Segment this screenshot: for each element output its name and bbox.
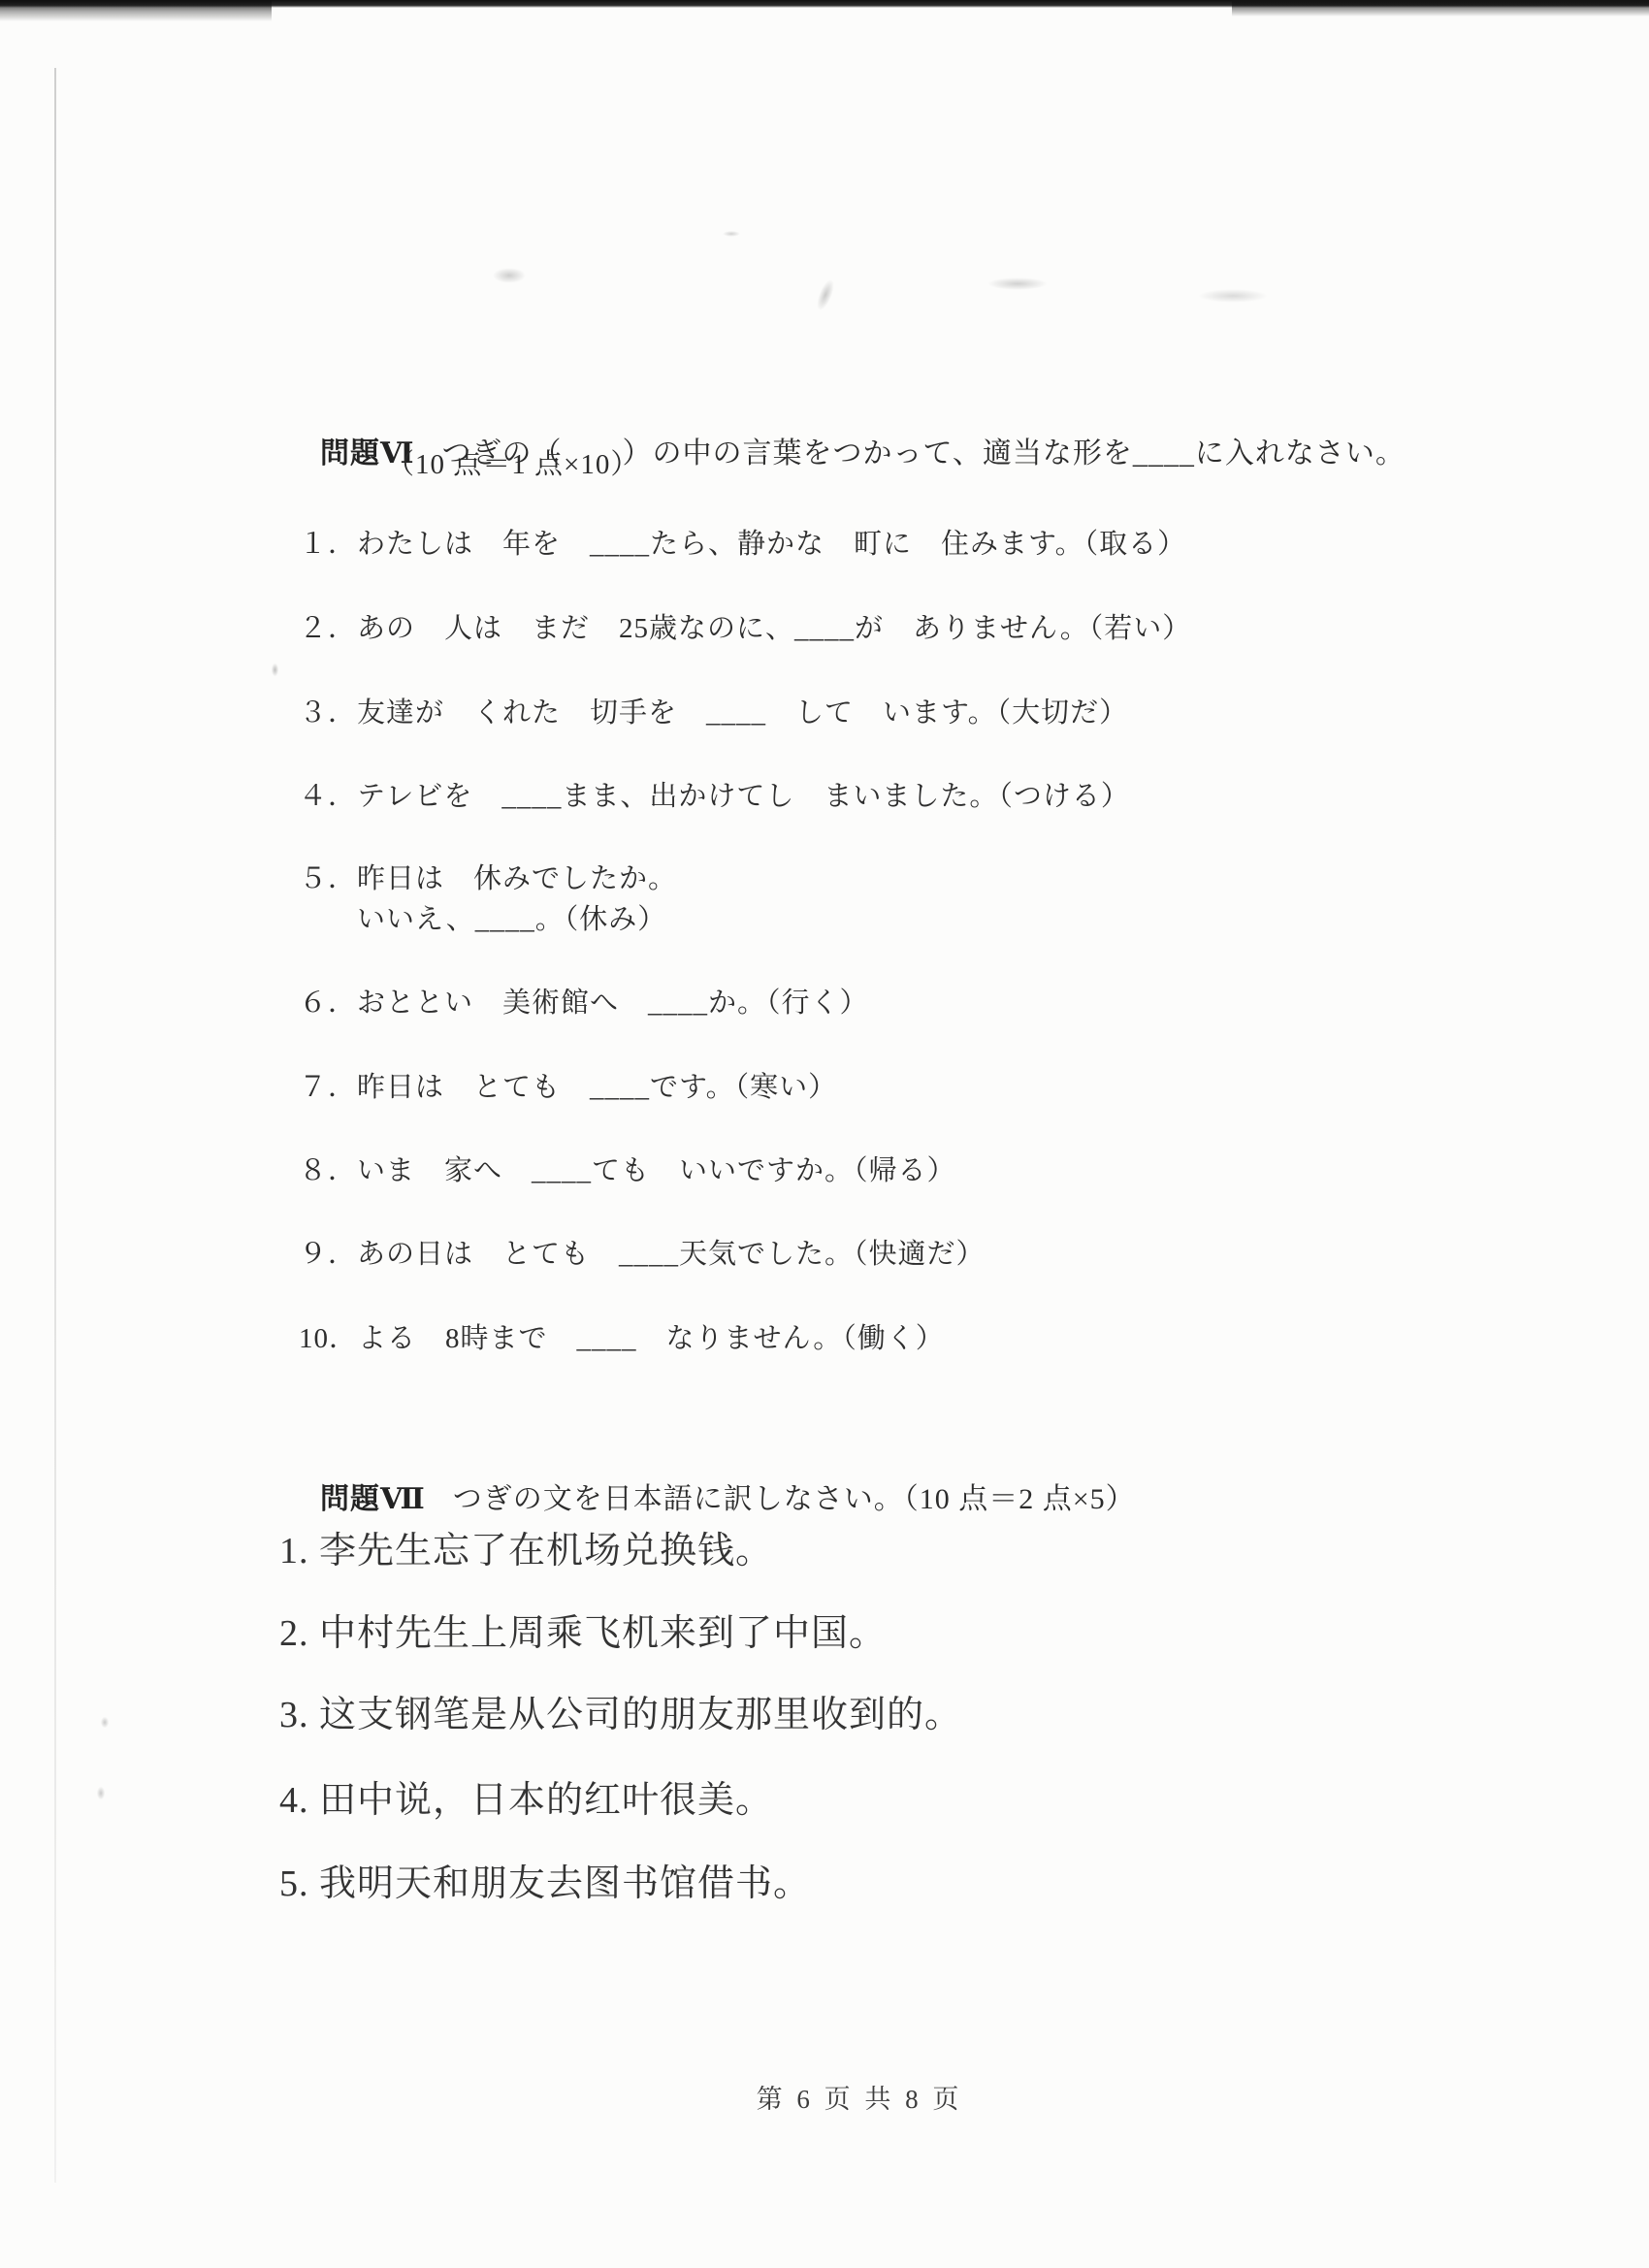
- scan-top-left-artifact: [0, 0, 272, 21]
- scan-smudge: [723, 231, 740, 237]
- question-vii-1: 1. 李先生忘了在机场兑换钱。: [279, 1529, 773, 1573]
- question-vii-5: 5. 我明天和朋友去图书馆借书。: [279, 1862, 811, 1906]
- section-vii-label: 問題Ⅶ: [320, 1483, 426, 1515]
- scanned-exam-page: 問題Ⅵつぎの（ ）の中の言葉をつかって、適当な形を____に入れなさい。 （10…: [0, 0, 1649, 2268]
- question-vi-1: １．わたしは 年を ____たら、静かな 町に 住みます。（取る）: [299, 524, 1186, 565]
- scan-smudge: [272, 664, 278, 676]
- question-vii-4: 4. 田中说，日本的红叶很美。: [279, 1778, 773, 1823]
- section-vii-instruction: つぎの文を日本語に訳しなさい。（10 点＝2 点×5）: [453, 1483, 1136, 1515]
- section-vi-points: （10 点＝1 点×10）: [386, 442, 639, 482]
- scan-smudge: [493, 268, 526, 283]
- page-number-footer: 第 6 页 共 8 页: [35, 2078, 1649, 2116]
- question-vi-6: ６．おととい 美術館へ ____か。（行く）: [299, 983, 869, 1023]
- question-vi-7: ７．昨日は とても ____です。（寒い）: [299, 1067, 837, 1108]
- question-vi-5: ５．昨日は 休みでしたか。 いいえ、____。（休み）: [299, 859, 677, 940]
- scan-smudge: [1198, 289, 1268, 303]
- scan-smudge: [97, 1787, 105, 1799]
- question-vi-4: ４．テレビを ____まま、出かけてし まいました。（つける）: [299, 776, 1130, 817]
- question-vi-9: ９．あの日は とても ____天気でした。（快適だ）: [299, 1234, 986, 1275]
- question-vi-2: ２．あの 人は まだ 25歳なのに、____が ありません。（若い）: [299, 608, 1191, 649]
- page-edge-line: [54, 68, 56, 2183]
- question-vii-3: 3. 这支钢笔是从公司的朋友那里收到的。: [279, 1693, 962, 1737]
- scan-smudge: [987, 277, 1048, 290]
- scan-smudge: [101, 1717, 109, 1728]
- scan-smudge: [814, 278, 836, 311]
- question-vi-3: ３．友達が くれた 切手を ____ して います。（大切だ）: [299, 693, 1128, 733]
- question-vi-8: ８．いま 家へ ____ても いいですか。（帰る）: [299, 1150, 956, 1191]
- question-vii-2: 2. 中村先生上周乘飞机来到了中国。: [279, 1611, 887, 1656]
- question-vi-10: 10．よる 8時まで ____ なりません。（働く）: [299, 1318, 945, 1359]
- scan-top-right-artifact: [1232, 0, 1649, 16]
